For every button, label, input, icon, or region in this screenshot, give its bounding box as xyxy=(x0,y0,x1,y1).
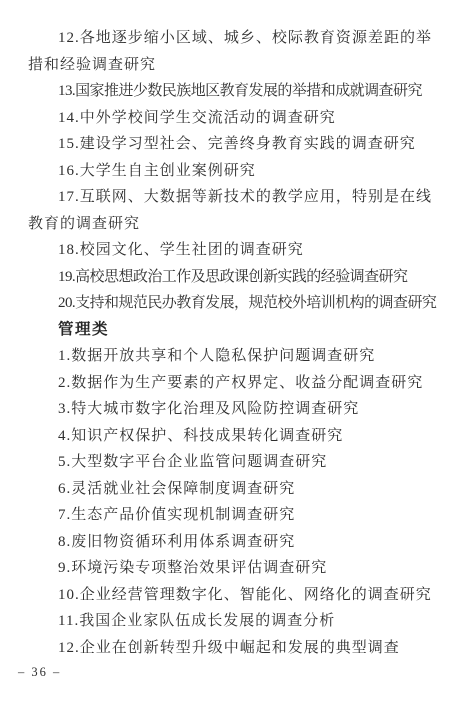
document-line: 11.我国企业家队伍成长发展的调查分析 xyxy=(28,608,432,635)
document-line: 5.大型数字平台企业监管问题调查研究 xyxy=(28,449,432,476)
document-line: 12.各地逐步缩小区域、城乡、校际教育资源差距的举 xyxy=(28,25,432,52)
section-heading: 管理类 xyxy=(28,317,432,344)
document-page: 12.各地逐步缩小区域、城乡、校际教育资源差距的举措和经验调查研究13.国家推进… xyxy=(0,0,460,712)
document-line: 12.企业在创新转型升级中崛起和发展的典型调查 xyxy=(28,635,432,662)
document-line: 6.灵活就业社会保障制度调查研究 xyxy=(28,476,432,503)
document-line: 4.知识产权保护、科技成果转化调查研究 xyxy=(28,423,432,450)
document-line: 2.数据作为生产要素的产权界定、收益分配调查研究 xyxy=(28,370,432,397)
page-number: – 36 – xyxy=(18,664,61,680)
document-line: 措和经验调查研究 xyxy=(28,52,432,79)
document-line: 3.特大城市数字化治理及风险防控调查研究 xyxy=(28,396,432,423)
document-line: 19.高校思想政治工作及思政课创新实践的经验调查研究 xyxy=(28,264,432,291)
document-line: 1.数据开放共享和个人隐私保护问题调查研究 xyxy=(28,343,432,370)
document-line: 15.建设学习型社会、完善终身教育实践的调查研究 xyxy=(28,131,432,158)
document-line: 20.支持和规范民办教育发展，规范校外培训机构的调查研究 xyxy=(28,290,432,317)
document-body: 12.各地逐步缩小区域、城乡、校际教育资源差距的举措和经验调查研究13.国家推进… xyxy=(28,25,432,661)
document-line: 9.环境污染专项整治效果评估调查研究 xyxy=(28,555,432,582)
document-line: 14.中外学校间学生交流活动的调查研究 xyxy=(28,105,432,132)
document-line: 18.校园文化、学生社团的调查研究 xyxy=(28,237,432,264)
document-line: 13.国家推进少数民族地区教育发展的举措和成就调查研究 xyxy=(28,78,432,105)
document-line: 7.生态产品价值实现机制调查研究 xyxy=(28,502,432,529)
document-line: 8.废旧物资循环利用体系调查研究 xyxy=(28,529,432,556)
document-line: 17.互联网、大数据等新技术的教学应用，特别是在线 xyxy=(28,184,432,211)
document-line: 教育的调查研究 xyxy=(28,211,432,238)
document-line: 10.企业经营管理数字化、智能化、网络化的调查研究 xyxy=(28,582,432,609)
document-line: 16.大学生自主创业案例研究 xyxy=(28,158,432,185)
